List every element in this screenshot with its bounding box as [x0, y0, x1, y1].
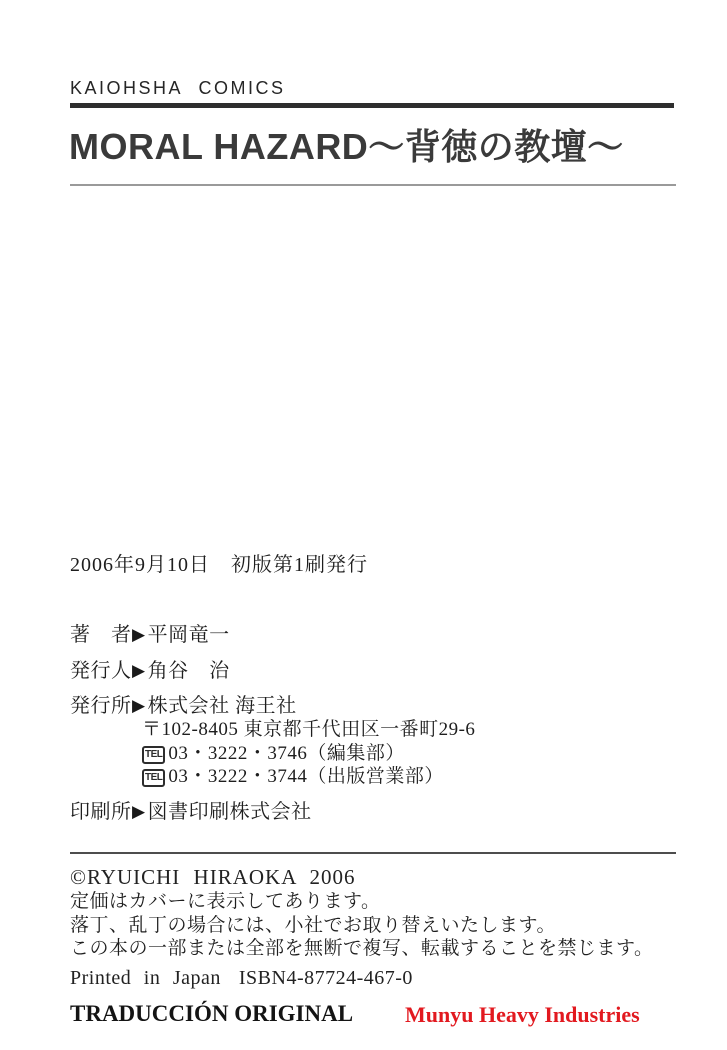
tel-department: （出版営業部）	[307, 766, 444, 787]
arrow-right-icon: ▶	[132, 625, 146, 645]
header-thick-rule	[70, 103, 674, 108]
notice-replacement: 落丁、乱丁の場合には、小社でお取り替えいたします。	[70, 914, 653, 938]
notice-reproduction: この本の一部または全部を無断で複写、転載することを禁じます。	[70, 937, 653, 961]
title-underline-rule	[70, 184, 676, 186]
publisher-tel-sales: TEL03・3222・3744（出版営業部）	[142, 761, 444, 788]
credit-row-publisher-person: 発行人▶角谷 治	[70, 654, 230, 683]
tel-icon: TEL	[142, 769, 165, 787]
imprint-label: KAIOHSHA COMICS	[70, 78, 286, 99]
author-name: 平岡竜一	[148, 624, 230, 646]
copyright-line: ©RYUICHI HIRAOKA 2006	[70, 865, 355, 890]
printer-label: 印刷所	[70, 795, 132, 824]
tel-number: 03・3222・3744	[168, 766, 307, 787]
publisher-person-name: 角谷 治	[148, 660, 230, 682]
publisher-address: 〒102-8405 東京都千代田区一番町29-6	[142, 714, 475, 741]
printed-in-japan: Printed in Japan	[70, 967, 221, 989]
book-title: MORAL HAZARD～背徳の教壇～	[69, 119, 624, 170]
credit-row-author: 著 者▶平岡竜一	[70, 618, 230, 647]
edition-date-line: 2006年9月10日 初版第1刷発行	[70, 548, 368, 577]
colophon-page: KAIOHSHA COMICS MORAL HAZARD～背徳の教壇～ 2006…	[0, 0, 727, 1050]
footer-rule	[70, 852, 676, 854]
arrow-right-icon: ▶	[132, 802, 146, 822]
publisher-label: 発行所	[70, 689, 132, 718]
arrow-right-icon: ▶	[132, 661, 146, 681]
legal-notices: 定価はカバーに表示してあります。 落丁、乱丁の場合には、小社でお取り替えいたしま…	[70, 890, 653, 961]
munyu-heavy-industries-credit: Munyu Heavy Industries	[405, 1002, 640, 1028]
traduccion-original-stamp: TRADUCCIÓN ORIGINAL	[70, 1001, 353, 1027]
arrow-right-icon: ▶	[132, 696, 146, 716]
isbn-number: ISBN4-87724-467-0	[239, 967, 413, 989]
publisher-person-label: 発行人	[70, 654, 132, 683]
printer-name: 図書印刷株式会社	[148, 801, 312, 823]
printed-isbn-line: Printed in JapanISBN4-87724-467-0	[70, 967, 413, 990]
credit-row-printer: 印刷所▶図書印刷株式会社	[70, 795, 312, 824]
author-label: 著 者	[70, 618, 132, 647]
notice-price: 定価はカバーに表示してあります。	[70, 890, 653, 914]
